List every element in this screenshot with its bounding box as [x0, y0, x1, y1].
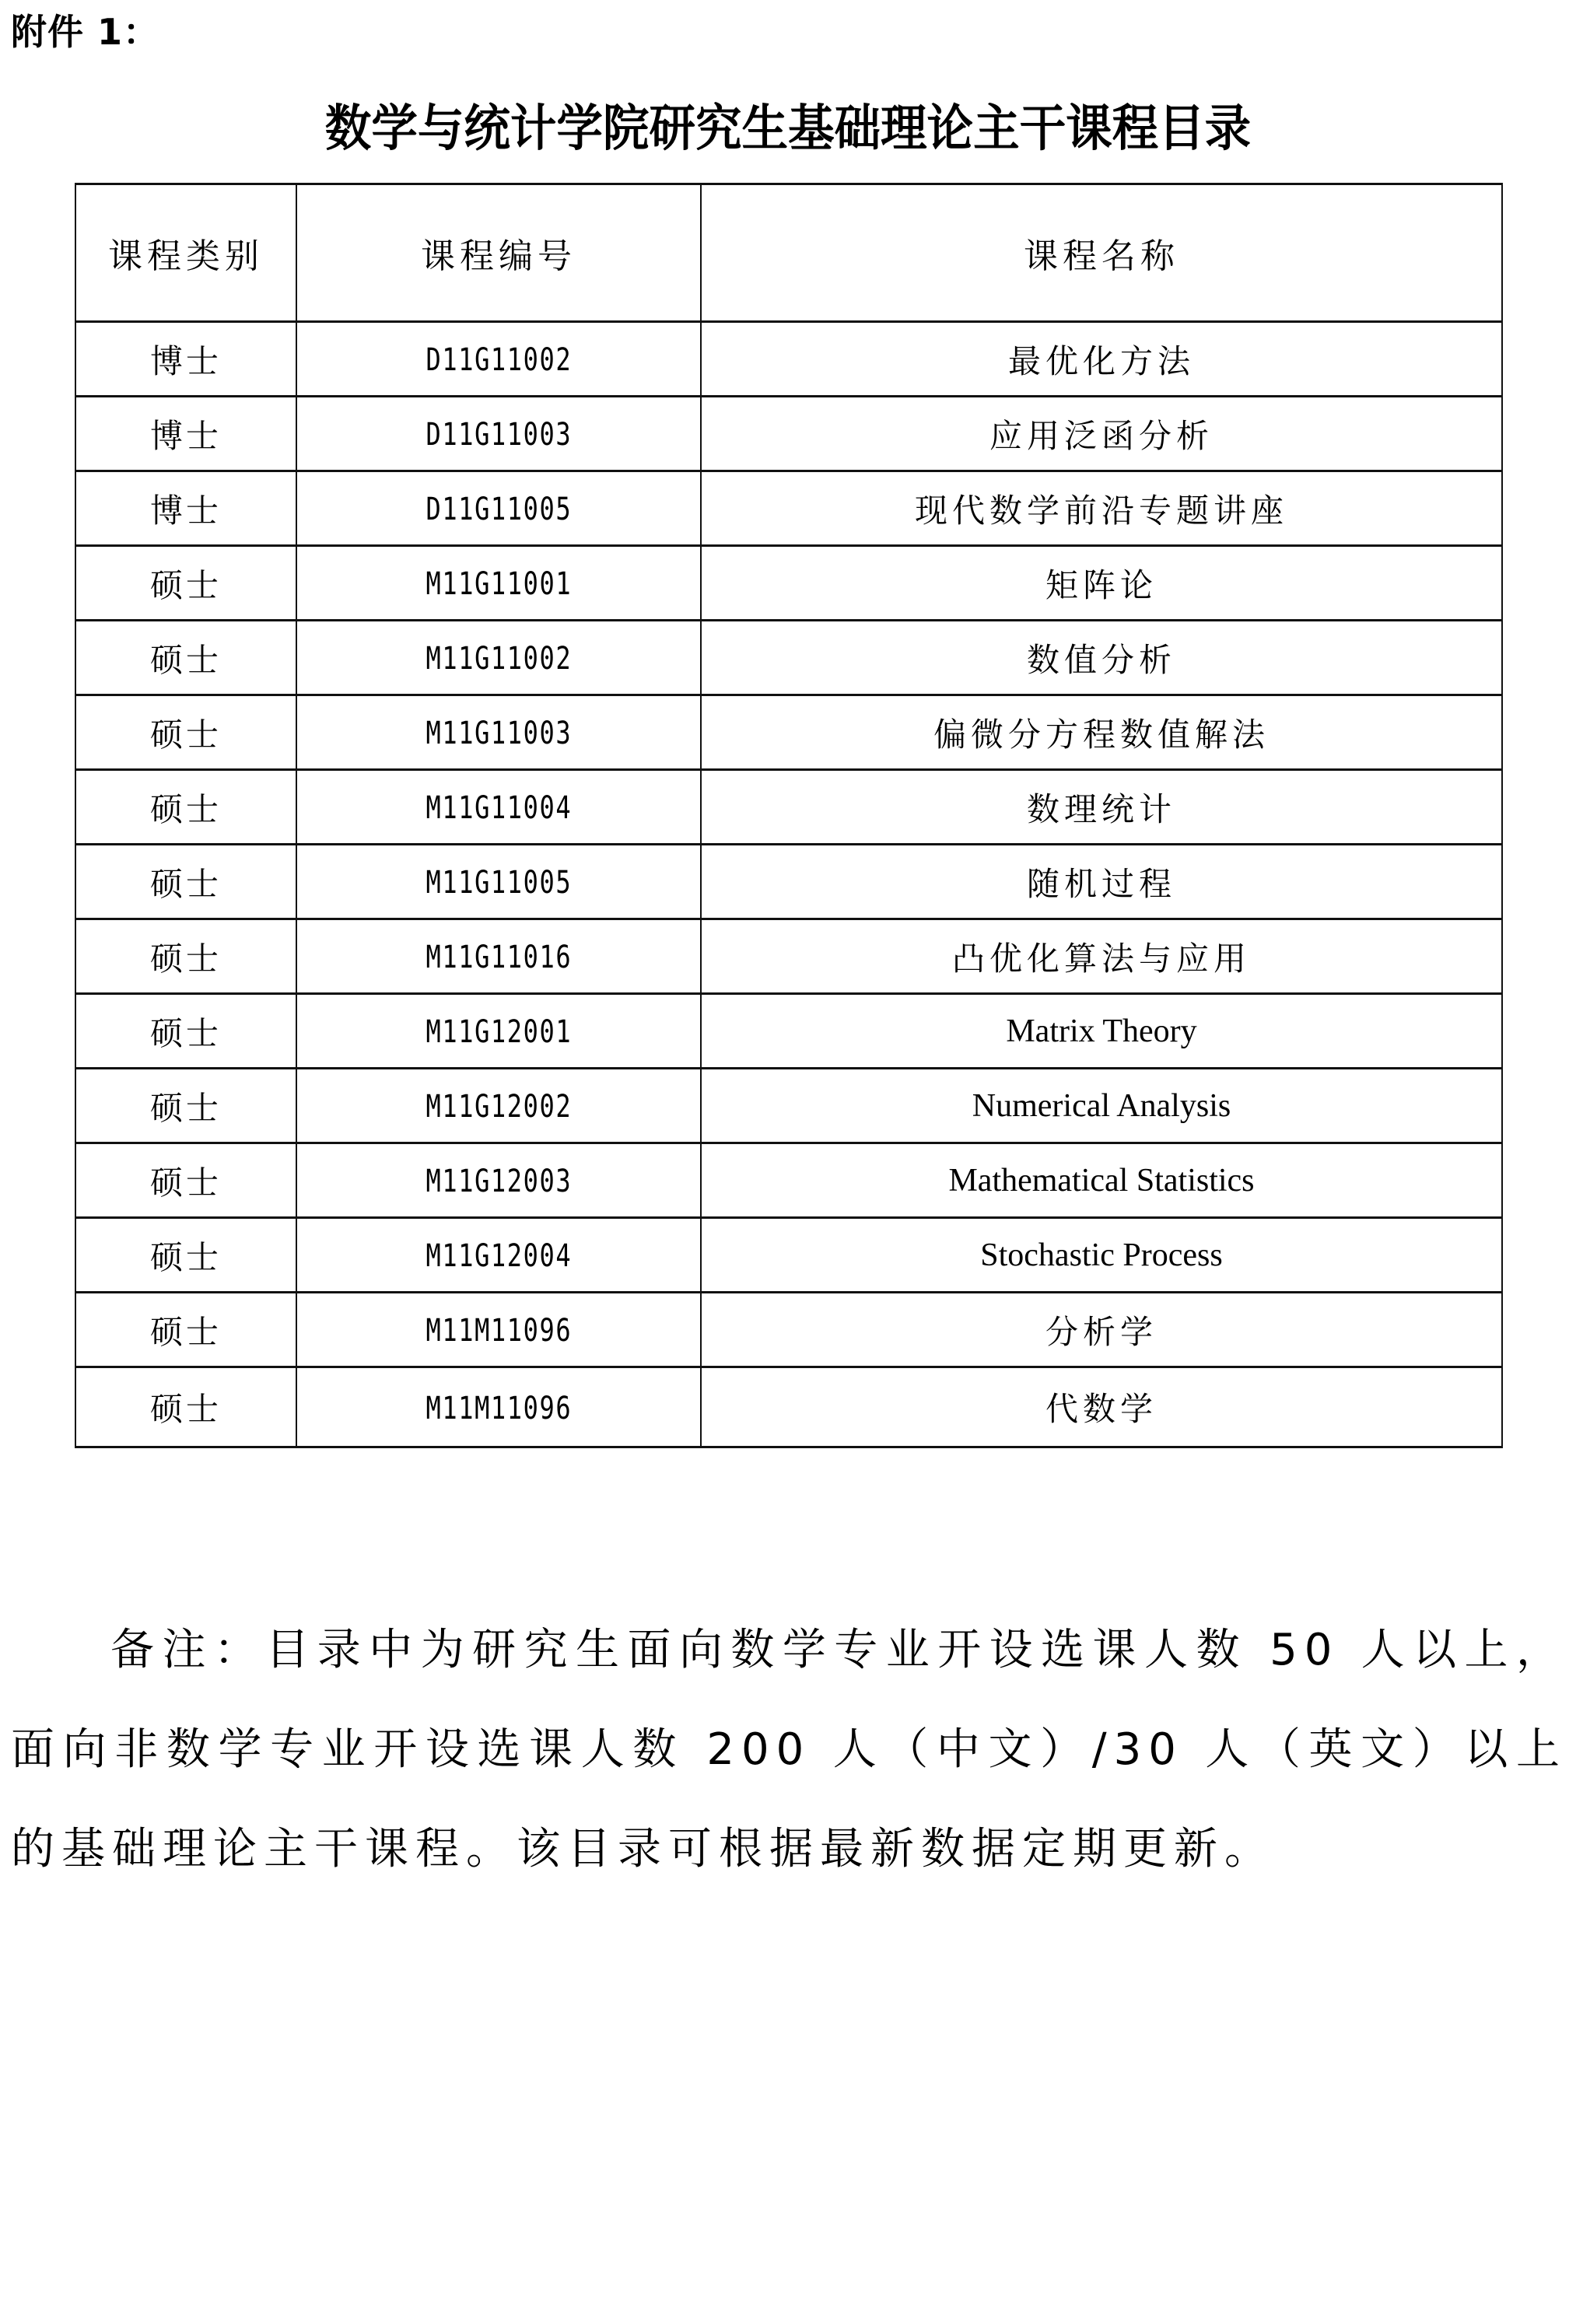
course-code: M11M11096 [426, 1391, 572, 1426]
course-code: M11G11016 [426, 940, 572, 975]
course-code-cell: M11G11004 [296, 770, 701, 845]
table-row: 硕士 M11M11096 代数学 [75, 1367, 1502, 1447]
course-code: M11G12001 [426, 1014, 572, 1050]
header-course-name: 课程名称 [701, 184, 1502, 322]
course-code-cell: M11G11001 [296, 546, 701, 621]
course-code-cell: M11M11096 [296, 1367, 701, 1447]
course-code-cell: M11G11002 [296, 621, 701, 695]
course-name: 矩阵论 [701, 546, 1502, 621]
table-header-row: 课程类别 课程编号 课程名称 [75, 184, 1502, 322]
course-name: 应用泛函分析 [701, 397, 1502, 471]
course-code: M11G11004 [426, 790, 572, 826]
table-row: 硕士 M11G12001 Matrix Theory [75, 994, 1502, 1069]
course-category: 硕士 [75, 1143, 296, 1218]
course-category: 博士 [75, 471, 296, 546]
table-row: 硕士 M11G11002 数值分析 [75, 621, 1502, 695]
course-code-cell: M11G12001 [296, 994, 701, 1069]
course-name: 数理统计 [701, 770, 1502, 845]
course-code: M11G11003 [426, 716, 572, 751]
course-code: M11G11002 [426, 641, 572, 677]
table-row: 博士 D11G11005 现代数学前沿专题讲座 [75, 471, 1502, 546]
header-course-code: 课程编号 [296, 184, 701, 322]
table-row: 硕士 M11G11004 数理统计 [75, 770, 1502, 845]
course-name: 随机过程 [701, 845, 1502, 919]
course-category: 硕士 [75, 1218, 296, 1293]
course-code-cell: D11G11005 [296, 471, 701, 546]
course-code: M11G11001 [426, 566, 572, 602]
course-code-cell: D11G11002 [296, 322, 701, 397]
course-name: Matrix Theory [701, 994, 1502, 1069]
course-name: 凸优化算法与应用 [701, 919, 1502, 994]
course-category: 博士 [75, 397, 296, 471]
table-row: 博士 D11G11002 最优化方法 [75, 322, 1502, 397]
table-row: 硕士 M11G12002 Numerical Analysis [75, 1069, 1502, 1143]
course-name: Stochastic Process [701, 1218, 1502, 1293]
course-code-cell: D11G11003 [296, 397, 701, 471]
course-code: D11G11002 [426, 342, 572, 378]
course-name: 现代数学前沿专题讲座 [701, 471, 1502, 546]
course-code: M11G11005 [426, 865, 572, 901]
course-name: Mathematical Statistics [701, 1143, 1502, 1218]
course-category: 硕士 [75, 695, 296, 770]
course-code-cell: M11M11096 [296, 1293, 701, 1367]
table-row: 硕士 M11M11096 分析学 [75, 1293, 1502, 1367]
attachment-label: 附件 1： [11, 5, 159, 59]
remarks-paragraph: 备注：目录中为研究生面向数学专业开设选课人数 50 人以上，面向非数学专业开设选… [11, 1601, 1567, 1899]
course-name: Numerical Analysis [701, 1069, 1502, 1143]
course-category: 博士 [75, 322, 296, 397]
table-row: 硕士 M11G12003 Mathematical Statistics [75, 1143, 1502, 1218]
course-name: 最优化方法 [701, 322, 1502, 397]
table-row: 硕士 M11G11005 随机过程 [75, 845, 1502, 919]
course-code-cell: M11G11016 [296, 919, 701, 994]
course-code: M11G12002 [426, 1089, 572, 1125]
course-category: 硕士 [75, 621, 296, 695]
course-code-cell: M11G11003 [296, 695, 701, 770]
course-category: 硕士 [75, 1069, 296, 1143]
table-row: 硕士 M11G11016 凸优化算法与应用 [75, 919, 1502, 994]
course-category: 硕士 [75, 770, 296, 845]
course-code-cell: M11G11005 [296, 845, 701, 919]
course-category: 硕士 [75, 994, 296, 1069]
course-code-cell: M11G12004 [296, 1218, 701, 1293]
course-category: 硕士 [75, 919, 296, 994]
course-name: 分析学 [701, 1293, 1502, 1367]
course-category: 硕士 [75, 546, 296, 621]
course-catalog-table: 课程类别 课程编号 课程名称 博士 D11G11002 最优化方法 博士 D11… [75, 183, 1503, 1448]
course-name: 数值分析 [701, 621, 1502, 695]
course-code-cell: M11G12002 [296, 1069, 701, 1143]
course-category: 硕士 [75, 845, 296, 919]
table-row: 硕士 M11G11003 偏微分方程数值解法 [75, 695, 1502, 770]
document-title: 数学与统计学院研究生基础理论主干课程目录 [55, 92, 1521, 166]
table-row: 硕士 M11G12004 Stochastic Process [75, 1218, 1502, 1293]
course-code: D11G11005 [426, 492, 572, 527]
course-code: M11M11096 [426, 1313, 572, 1349]
course-code: D11G11003 [426, 417, 572, 453]
course-name: 偏微分方程数值解法 [701, 695, 1502, 770]
course-code: M11G12003 [426, 1164, 572, 1199]
course-code-cell: M11G12003 [296, 1143, 701, 1218]
table-row: 博士 D11G11003 应用泛函分析 [75, 397, 1502, 471]
course-name: 代数学 [701, 1367, 1502, 1447]
course-category: 硕士 [75, 1367, 296, 1447]
course-category: 硕士 [75, 1293, 296, 1367]
header-course-category: 课程类别 [75, 184, 296, 322]
table-row: 硕士 M11G11001 矩阵论 [75, 546, 1502, 621]
course-code: M11G12004 [426, 1238, 572, 1274]
